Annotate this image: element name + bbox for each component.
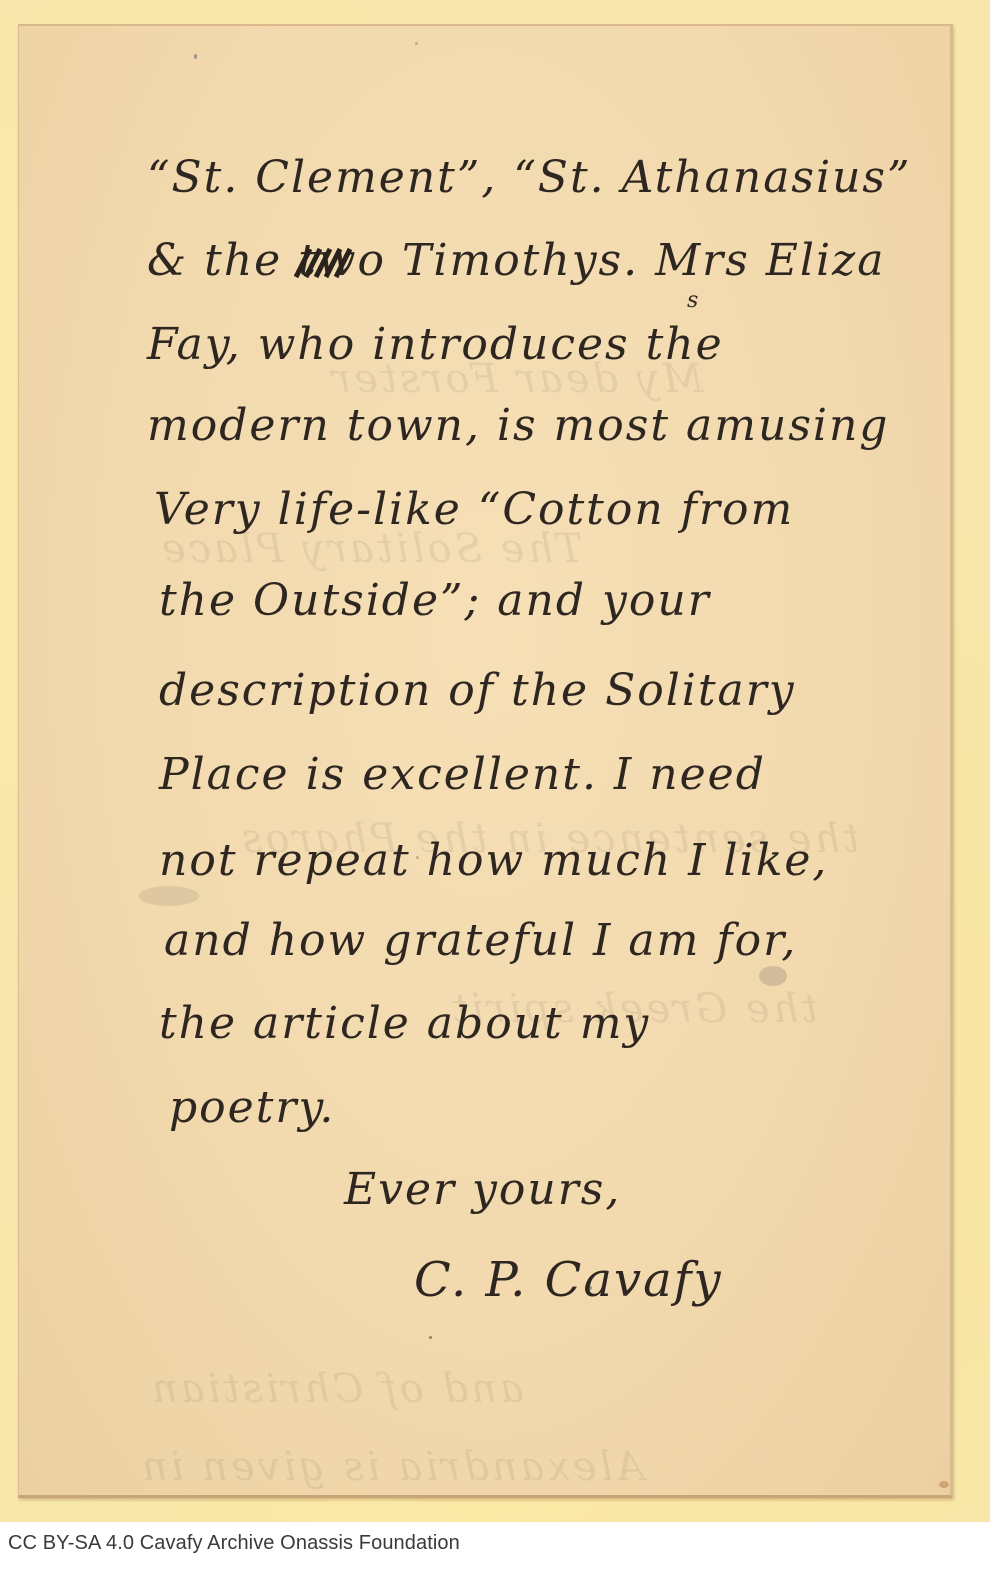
strike-through-mark (292, 243, 370, 283)
foxing-spot (759, 966, 787, 986)
footer-bar: CC BY-SA 4.0 Cavafy Archive Onassis Foun… (0, 1522, 990, 1573)
foxing-spot (939, 1481, 949, 1488)
letter-line-2-start: & the (147, 235, 298, 286)
letter-line-12: poetry. (169, 1086, 335, 1130)
foxing-spot (429, 1336, 432, 1339)
letter-line-2-end: Timothys. Mrs Eliza (402, 235, 885, 286)
foxing-spot (139, 886, 199, 906)
letter-line-7: description of the Solitary (159, 669, 796, 713)
license-credit: CC BY-SA 4.0 Cavafy Archive Onassis Foun… (8, 1532, 460, 1555)
letter-line-10: and how grateful I am for, (164, 919, 797, 963)
letter-line-11: the article about my (159, 1002, 650, 1046)
bleed-through-text: Alexandria is given in (139, 1444, 644, 1490)
foxing-spot (415, 42, 418, 45)
bleed-through-text: and of Christian (149, 1366, 524, 1412)
letter-line-5: Very life-like “Cotton from (154, 488, 794, 532)
inserted-letter: s (687, 288, 698, 313)
letter-signature: C. P. Cavafy (414, 1256, 723, 1304)
letter-page: My dear Forster The Solitary Place the s… (18, 24, 953, 1498)
letter-line-3: Fay, who introduces the (147, 323, 724, 367)
letter-line-8: Place is excellent. I need (159, 753, 766, 797)
struck-out-word: two (298, 239, 386, 283)
letter-line-6: the Outside”; and your (159, 579, 711, 623)
letter-line-2: & the two Timothys. Mrs Eliza (147, 239, 885, 283)
letter-line-4: modern town, is most amusing (147, 404, 889, 448)
letter-line-1: “St. Clement”, “St. Athanasius” (147, 156, 912, 200)
letter-line-9: not repeat how much I like, (159, 839, 828, 883)
letter-closing: Ever yours, (344, 1168, 621, 1212)
foxing-spot (194, 54, 197, 59)
